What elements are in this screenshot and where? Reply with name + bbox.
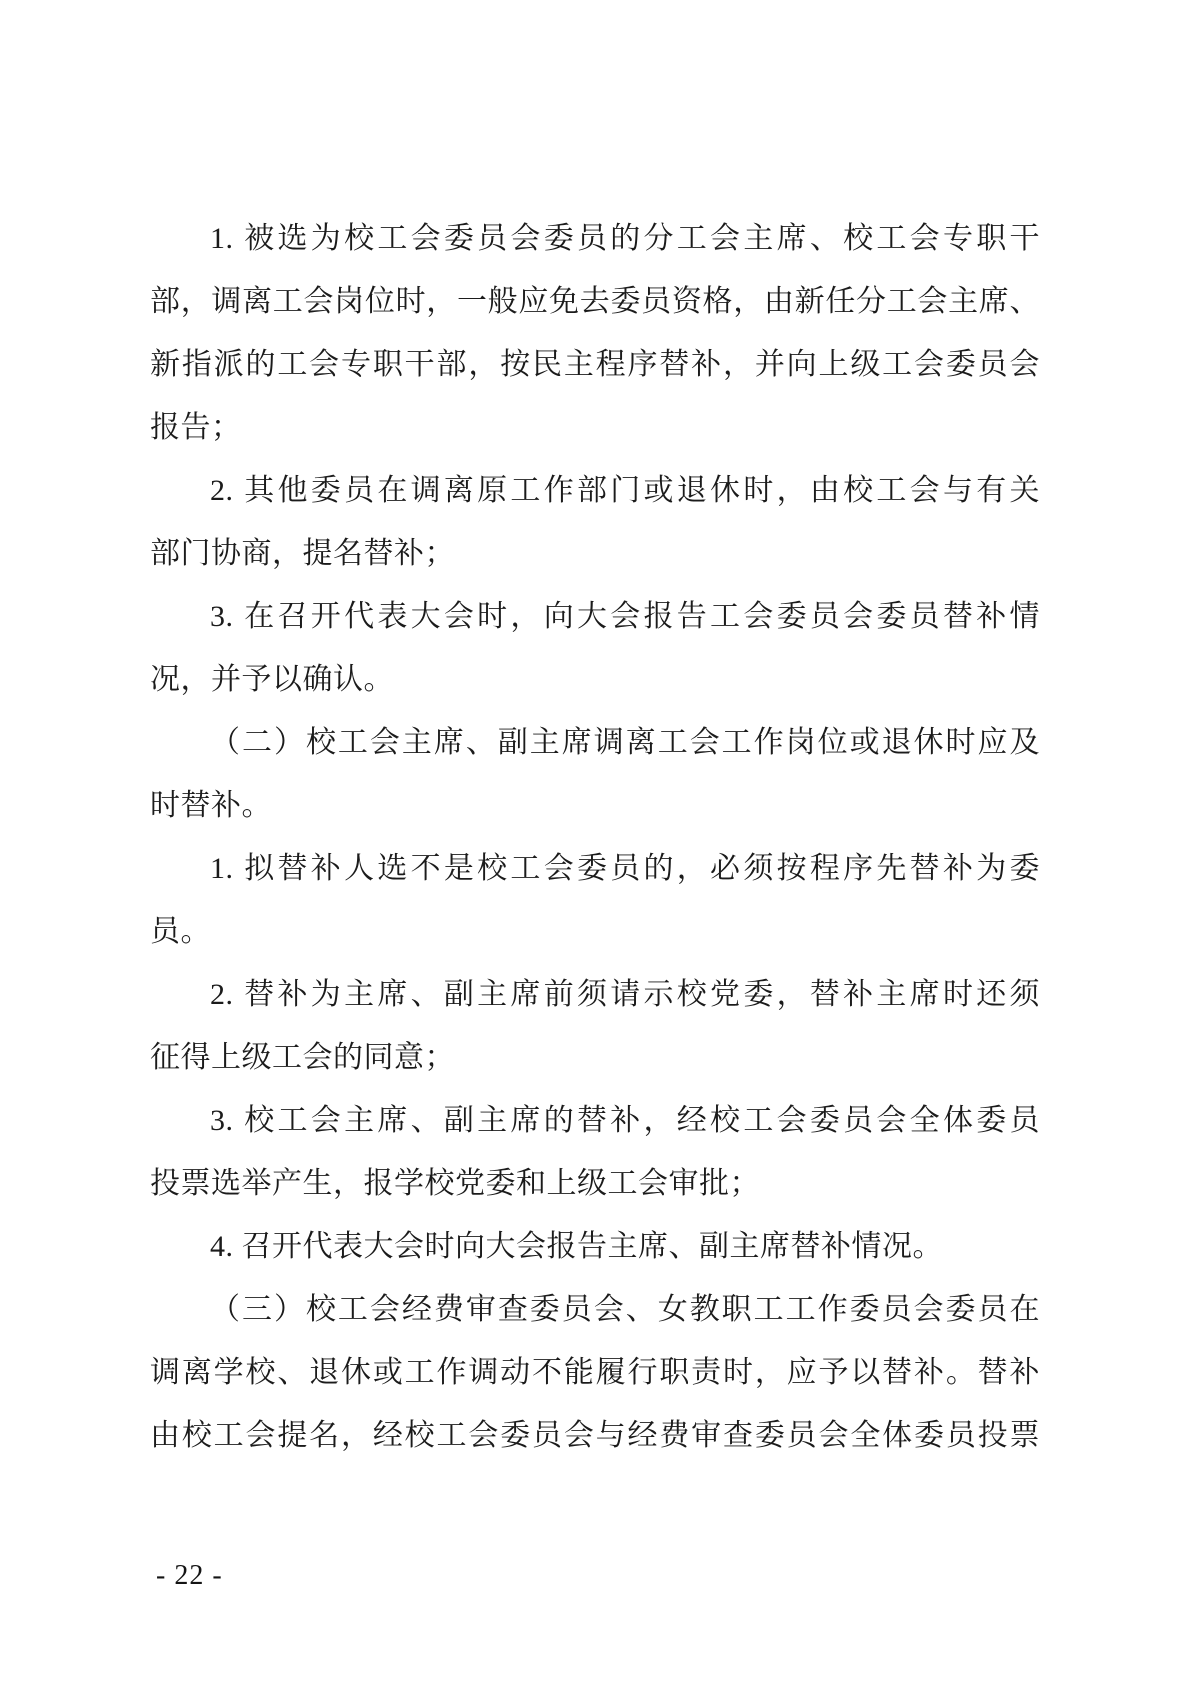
text-line: 由校工会提名，经校工会委员会与经费审查委员会全体委员投票 [150, 1404, 1040, 1467]
text-line: （三）校工会经费审查委员会、女教职工工作委员会委员在 [150, 1278, 1040, 1341]
text-line: 况，并予以确认。 [150, 648, 1040, 711]
page-number: - 22 - [156, 1556, 223, 1596]
text-line: 4. 召开代表大会时向大会报告主席、副主席替补情况。 [150, 1215, 1040, 1278]
document-page: 1. 被选为校工会委员会委员的分工会主席、校工会专职干部，调离工会岗位时，一般应… [0, 0, 1191, 1684]
paragraph: 1. 拟替补人选不是校工会委员的，必须按程序先替补为委员。 [150, 837, 1040, 963]
paragraph: 3. 在召开代表大会时，向大会报告工会委员会委员替补情况，并予以确认。 [150, 585, 1040, 711]
text-line: 2. 替补为主席、副主席前须请示校党委，替补主席时还须 [150, 963, 1040, 1026]
text-line: 1. 被选为校工会委员会委员的分工会主席、校工会专职干 [150, 207, 1040, 270]
text-line: 报告； [150, 396, 1040, 459]
text-line: 部，调离工会岗位时，一般应免去委员资格，由新任分工会主席、 [150, 270, 1040, 333]
paragraph: （三）校工会经费审查委员会、女教职工工作委员会委员在调离学校、退休或工作调动不能… [150, 1278, 1040, 1467]
text-line: 时替补。 [150, 774, 1040, 837]
text-line: （二）校工会主席、副主席调离工会工作岗位或退休时应及 [150, 711, 1040, 774]
paragraph: 2. 其他委员在调离原工作部门或退休时，由校工会与有关部门协商，提名替补； [150, 459, 1040, 585]
text-line: 调离学校、退休或工作调动不能履行职责时，应予以替补。替补 [150, 1341, 1040, 1404]
text-line: 2. 其他委员在调离原工作部门或退休时，由校工会与有关 [150, 459, 1040, 522]
paragraph: 2. 替补为主席、副主席前须请示校党委，替补主席时还须征得上级工会的同意； [150, 963, 1040, 1089]
text-line: 1. 拟替补人选不是校工会委员的，必须按程序先替补为委 [150, 837, 1040, 900]
paragraph: （二）校工会主席、副主席调离工会工作岗位或退休时应及时替补。 [150, 711, 1040, 837]
paragraph: 3. 校工会主席、副主席的替补，经校工会委员会全体委员投票选举产生，报学校党委和… [150, 1089, 1040, 1215]
text-line: 员。 [150, 900, 1040, 963]
text-line: 新指派的工会专职干部，按民主程序替补，并向上级工会委员会 [150, 333, 1040, 396]
paragraph: 1. 被选为校工会委员会委员的分工会主席、校工会专职干部，调离工会岗位时，一般应… [150, 207, 1040, 459]
text-line: 3. 校工会主席、副主席的替补，经校工会委员会全体委员 [150, 1089, 1040, 1152]
text-line: 3. 在召开代表大会时，向大会报告工会委员会委员替补情 [150, 585, 1040, 648]
text-line: 投票选举产生，报学校党委和上级工会审批； [150, 1152, 1040, 1215]
paragraph: 4. 召开代表大会时向大会报告主席、副主席替补情况。 [150, 1215, 1040, 1278]
document-body-text: 1. 被选为校工会委员会委员的分工会主席、校工会专职干部，调离工会岗位时，一般应… [150, 207, 1040, 1467]
text-line: 征得上级工会的同意； [150, 1026, 1040, 1089]
text-line: 部门协商，提名替补； [150, 522, 1040, 585]
